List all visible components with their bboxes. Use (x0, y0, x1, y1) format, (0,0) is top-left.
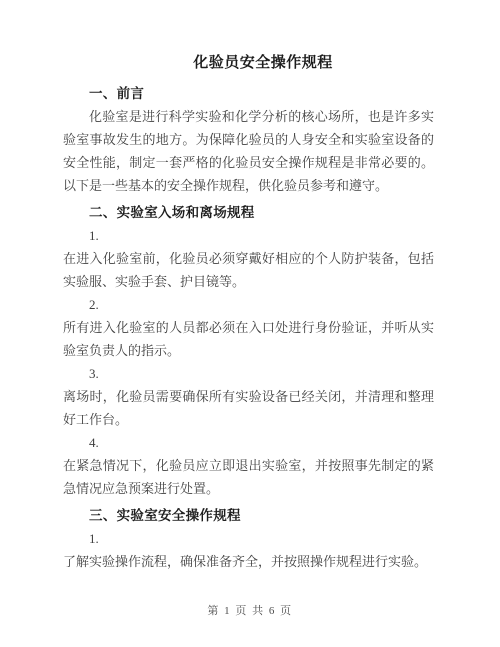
document-title: 化验员安全操作规程 (13, 0, 500, 72)
foreword-paragraph: 化验室是进行科学实验和化学分析的核心场所，也是许多实验室事故发生的地方。为保障化… (63, 105, 434, 197)
item-number: 1. (63, 527, 434, 550)
item-number: 4. (63, 431, 434, 454)
item-number: 1. (63, 224, 434, 247)
page-number-footer: 第 1 页 共 6 页 (0, 603, 500, 619)
item-text: 在进入化验室前，化验员必须穿戴好相应的个人防护装备，包括实验服、实验手套、护目镜… (63, 247, 434, 293)
section-heading-entry-exit-rules: 二、实验室入场和离场规程 (63, 201, 434, 224)
list-item: 3. 离场时，化验员需要确保所有实验设备已经关闭，并清理和整理好工作台。 (63, 362, 434, 431)
item-text: 了解实验操作流程，确保准备齐全，并按照操作规程进行实验。 (63, 550, 434, 573)
document-page: 化验员安全操作规程 一、前言 化验室是进行科学实验和化学分析的核心场所，也是许多… (0, 0, 500, 647)
item-text: 所有进入化验室的人员都必须在入口处进行身份验证，并听从实验室负责人的指示。 (63, 316, 434, 362)
section-heading-safety-operation-rules: 三、实验室安全操作规程 (63, 504, 434, 527)
item-number: 3. (63, 362, 434, 385)
item-text: 在紧急情况下，化验员应立即退出实验室，并按照事先制定的紧急情况应急预案进行处置。 (63, 454, 434, 500)
item-text: 离场时，化验员需要确保所有实验设备已经关闭，并清理和整理好工作台。 (63, 385, 434, 431)
section-heading-foreword: 一、前言 (63, 82, 434, 105)
list-item: 4. 在紧急情况下，化验员应立即退出实验室，并按照事先制定的紧急情况应急预案进行… (63, 431, 434, 500)
document-body: 一、前言 化验室是进行科学实验和化学分析的核心场所，也是许多实验室事故发生的地方… (63, 82, 434, 573)
list-item: 1. 在进入化验室前，化验员必须穿戴好相应的个人防护装备，包括实验服、实验手套、… (63, 224, 434, 293)
list-item: 1. 了解实验操作流程，确保准备齐全，并按照操作规程进行实验。 (63, 527, 434, 573)
list-item: 2. 所有进入化验室的人员都必须在入口处进行身份验证，并听从实验室负责人的指示。 (63, 293, 434, 362)
item-number: 2. (63, 293, 434, 316)
